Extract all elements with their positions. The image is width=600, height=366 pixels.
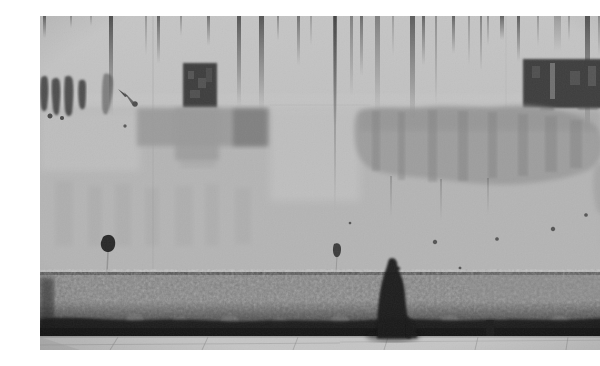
vignette [40,16,600,350]
film-grain [40,16,600,350]
photo-canvas [40,16,600,350]
street-photograph [40,16,600,350]
